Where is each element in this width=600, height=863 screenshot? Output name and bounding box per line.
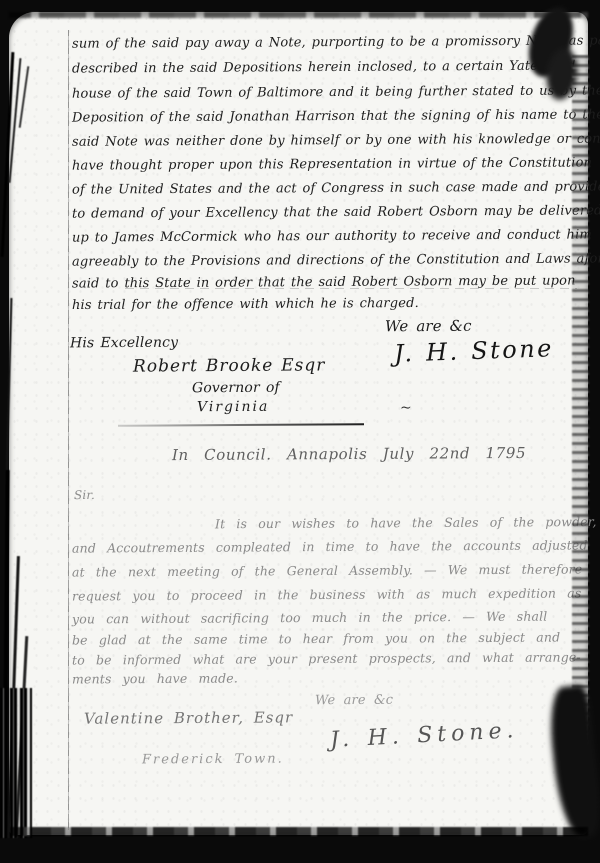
manuscript-line: be glad at the same time to hear from yo… [72,631,560,648]
manuscript-line: to be informed what are your present pro… [72,650,581,667]
council-heading: In Council. Annapolis July 22nd 1795 [172,445,526,464]
address-line: Robert Brooke Esqr [133,356,325,376]
binding-edge-block [0,688,32,838]
flourish-mark: ~ [400,401,412,416]
manuscript-line: at the next meeting of the General Assem… [72,562,582,579]
manuscript-line: It is our wishes to have the Sales of th… [215,515,600,531]
scan-right-edge-speckle [572,55,589,785]
manuscript-line: said to this State in order that the sai… [72,274,576,291]
address-line: Governor of [192,381,280,397]
address-line: Virginia [197,400,269,416]
closing-line: We are &c [315,694,393,709]
scan-bottom-edge-fuzz [10,827,588,836]
scan-top-edge-fuzz [9,12,588,18]
address-line: His Excellency [70,336,178,352]
scan-content: sum of the said pay away a Note, purport… [0,0,600,863]
margin-rule [68,30,69,830]
scanned-document-page: sum of the said pay away a Note, purport… [0,0,600,863]
address-line: Frederick Town. [142,753,284,768]
signature: J. H. Stone [394,335,555,367]
manuscript-line: request you to proceed in the business w… [72,586,581,603]
manuscript-line: and Accoutrements compleated in time to … [72,538,588,555]
manuscript-line: described in the said Depositions herein… [72,59,576,76]
manuscript-line: his trial for the offence with which he … [72,297,419,313]
salutation: Sir. [74,489,95,502]
closing-line: We are &c [385,318,472,335]
manuscript-line: ments you have made. [72,671,238,686]
manuscript-line: you can without sacrificing too much in … [72,610,547,627]
address-line: Valentine Brother, Esqr [84,709,293,727]
